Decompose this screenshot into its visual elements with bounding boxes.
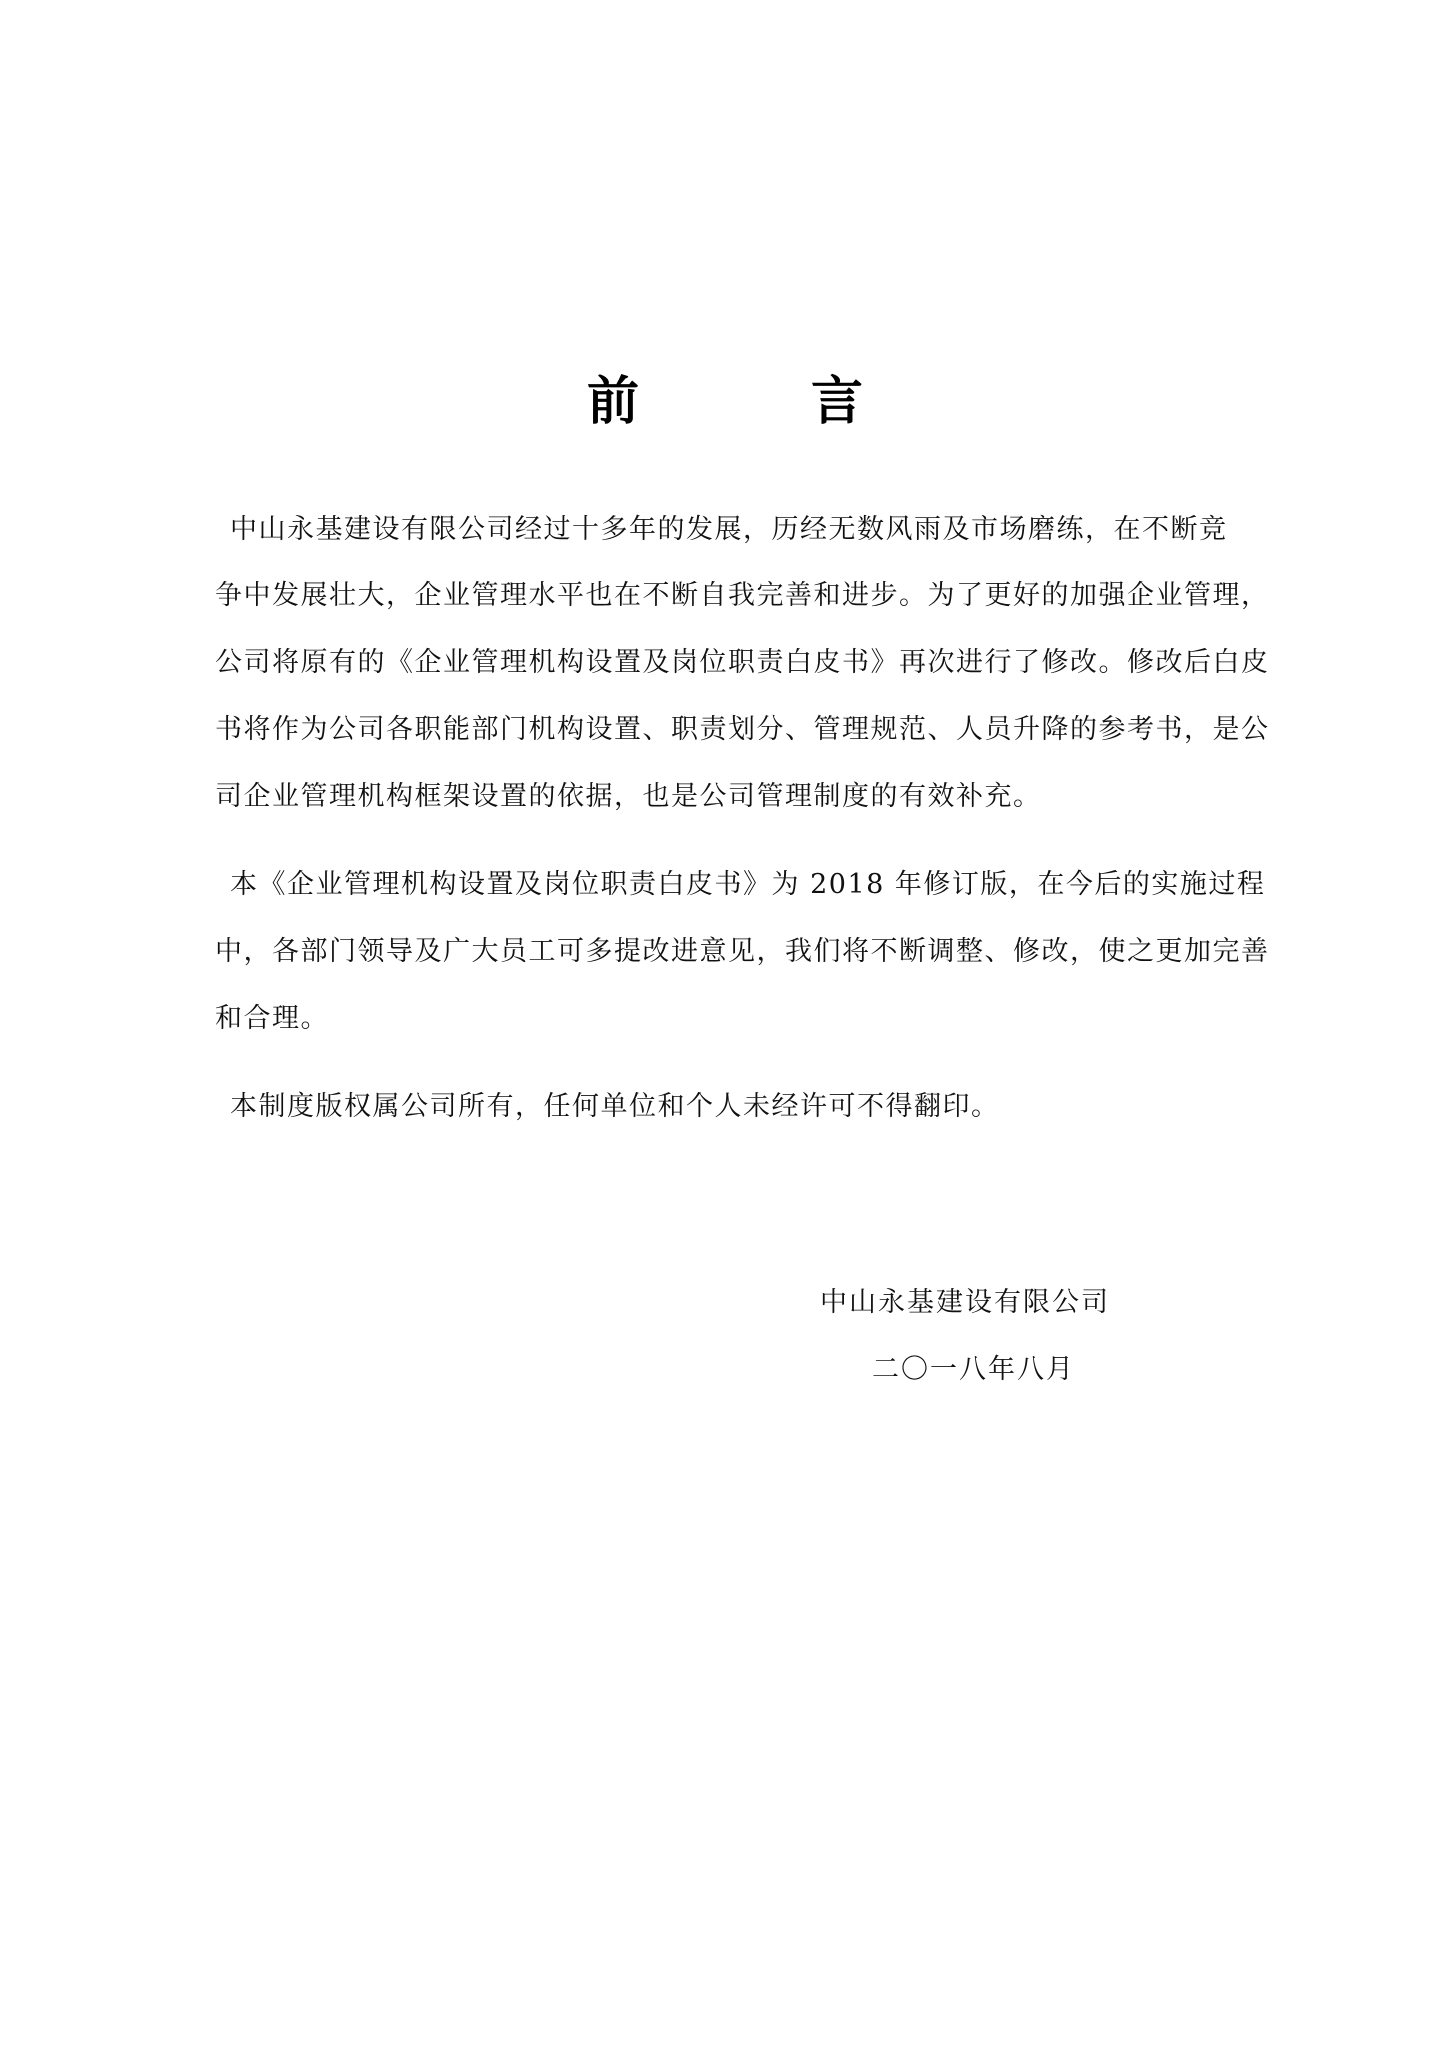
signature-company: 中山永基建设有限公司 xyxy=(820,1285,1110,1321)
text-line: 司企业管理机构框架设置的依据，也是公司管理制度的有效补充。 xyxy=(215,779,1265,815)
page-title: 前 言 xyxy=(0,372,1450,432)
text-line: 本制度版权属公司所有，任何单位和个人未经许可不得翻印。 xyxy=(230,1089,1280,1125)
text-line: 公司将原有的《企业管理机构设置及岗位职责白皮书》再次进行了修改。修改后白皮 xyxy=(215,645,1265,681)
text-line: 争中发展壮大，企业管理水平也在不断自我完善和进步。为了更好的加强企业管理， xyxy=(215,578,1265,614)
text-line: 本《企业管理机构设置及岗位职责白皮书》为 2018 年修订版，在今后的实施过程 xyxy=(230,867,1280,903)
text-line: 和合理。 xyxy=(215,1001,1265,1037)
document-page: 前 言 中山永基建设有限公司经过十多年的发展，历经无数风雨及市场磨练，在不断竞 … xyxy=(0,0,1450,2048)
text-line: 中，各部门领导及广大员工可多提改进意见，我们将不断调整、修改，使之更加完善 xyxy=(215,934,1265,970)
text-line: 书将作为公司各职能部门机构设置、职责划分、管理规范、人员升降的参考书，是公 xyxy=(215,712,1265,748)
text-line: 中山永基建设有限公司经过十多年的发展，历经无数风雨及市场磨练，在不断竞 xyxy=(230,512,1280,548)
signature-date: 二〇一八年八月 xyxy=(872,1352,1075,1388)
